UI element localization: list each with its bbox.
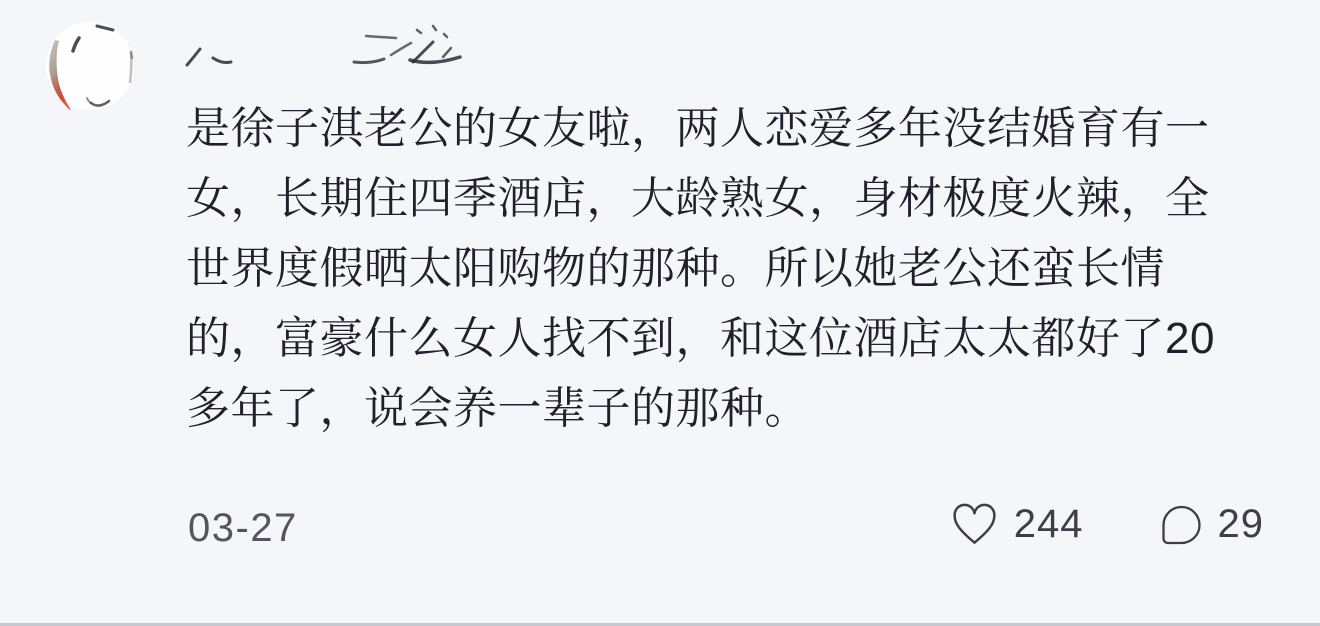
comment-line: 世界度假晒太阳购物的那种。所以她老公还蛮长情: [186, 234, 1246, 304]
like-button[interactable]: 244: [951, 502, 1084, 547]
comment-line: 女，长期住四季酒店，大龄熟女，身材极度火辣，全: [186, 164, 1246, 234]
comment-card: 是徐子淇老公的女友啦，两人恋爱多年没结婚育有一 女，长期住四季酒店，大龄熟女，身…: [0, 0, 1320, 626]
comment-actions: 244 29: [951, 502, 1264, 547]
comment-line: 的，富豪什么女人找不到，和这位酒店太太都好了20: [186, 304, 1246, 374]
like-count: 244: [1014, 502, 1084, 547]
avatar[interactable]: [46, 22, 134, 110]
comment-body: 是徐子淇老公的女友啦，两人恋爱多年没结婚育有一 女，长期住四季酒店，大龄熟女，身…: [186, 94, 1246, 444]
comment-date: 03-27: [188, 506, 298, 551]
comment-line: 是徐子淇老公的女友啦，两人恋爱多年没结婚育有一: [186, 94, 1246, 164]
redacted-username-marks: [170, 24, 490, 88]
speech-bubble-icon[interactable]: [1158, 503, 1202, 547]
avatar-accent-crescent: [46, 22, 134, 110]
reply-count: 29: [1218, 502, 1265, 547]
heart-icon[interactable]: [951, 503, 998, 546]
reply-button[interactable]: 29: [1158, 502, 1265, 547]
comment-line: 多年了，说会养一辈子的那种。: [186, 374, 1246, 444]
